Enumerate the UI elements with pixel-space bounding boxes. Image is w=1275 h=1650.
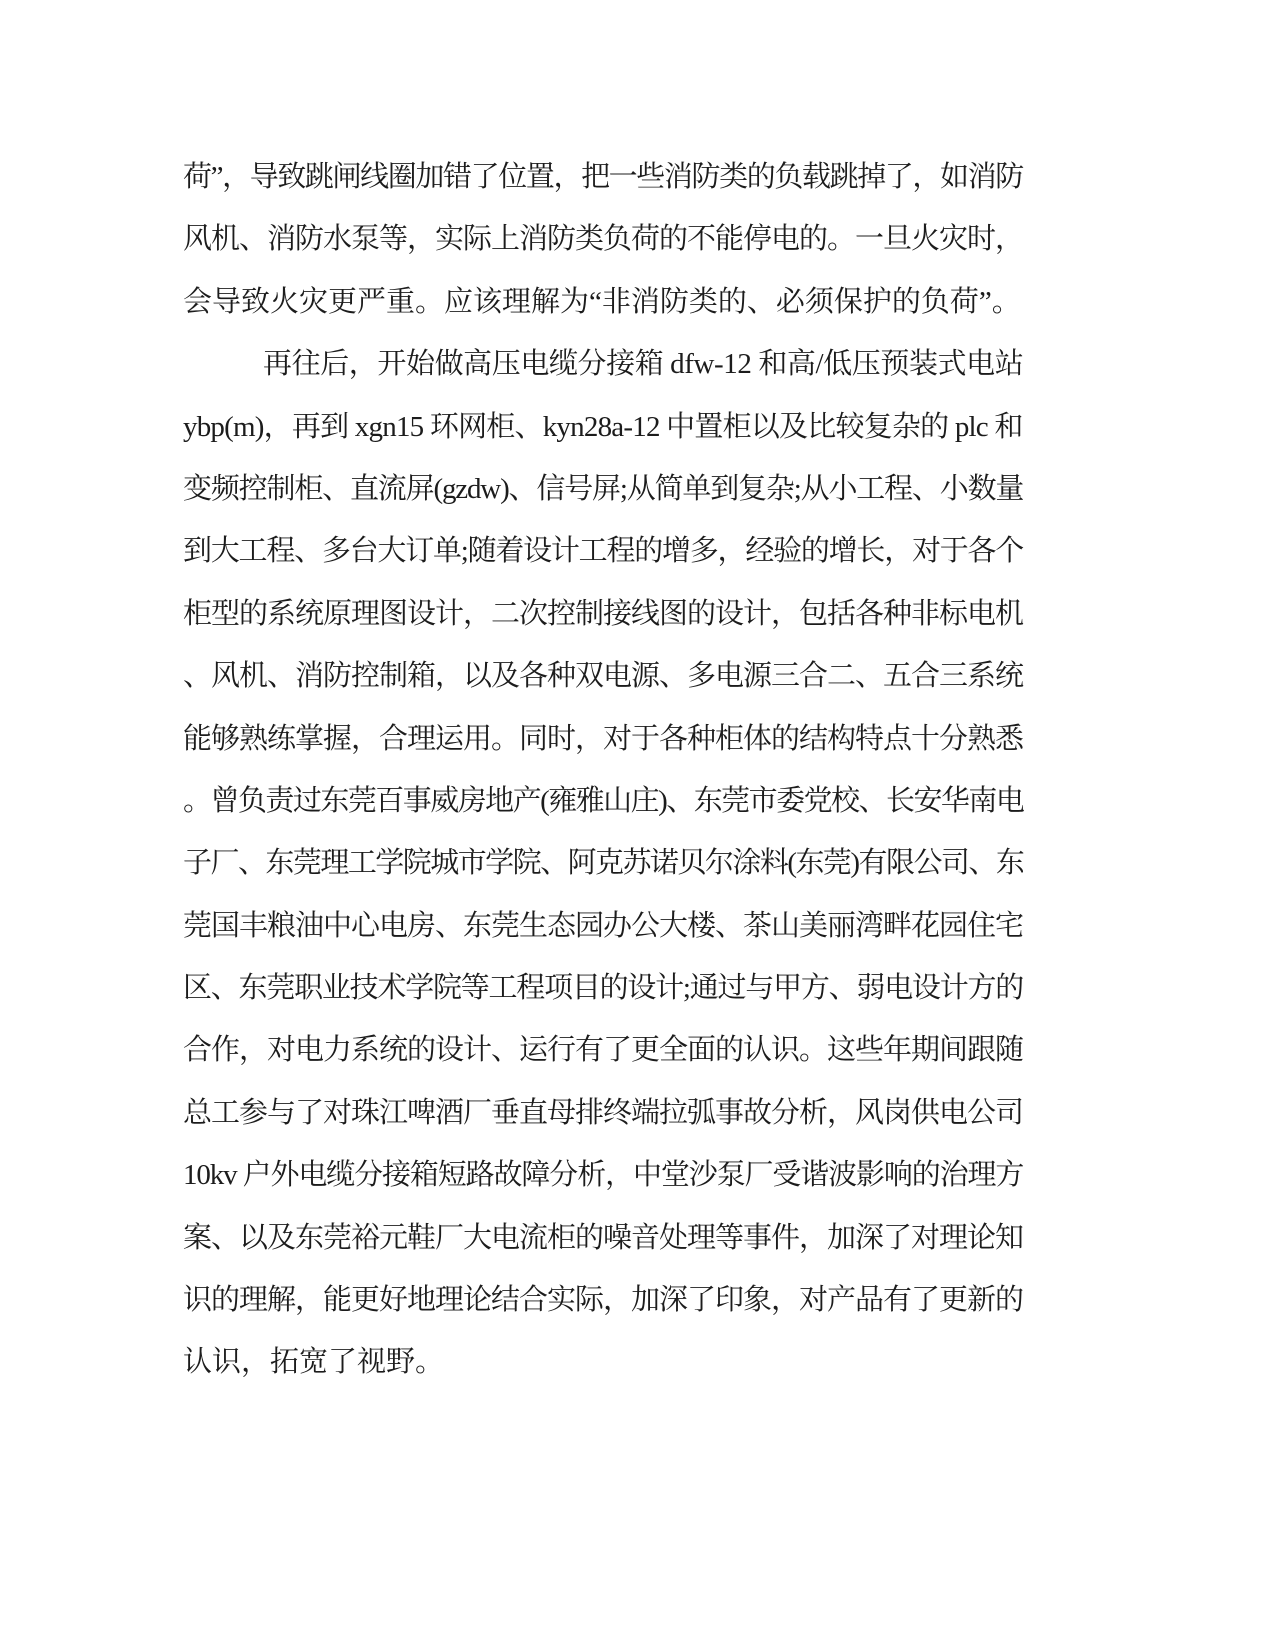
text-line: 合作，对电力系统的设计、运行有了更全面的认识。这些年期间跟随 — [183, 1019, 1023, 1081]
text-line: 识的理解，能更好地理论结合实际，加深了印象，对产品有了更新的 — [183, 1269, 1023, 1331]
text-line: 10kv 户外电缆分接箱短路故障分析，中堂沙泵厂受谐波影响的治理方 — [183, 1144, 1023, 1206]
text-line: 区、东莞职业技术学院等工程项目的设计;通过与甲方、弱电设计方的 — [183, 957, 1023, 1019]
text-line: 变频控制柜、直流屏(gzdw)、信号屏;从简单到复杂;从小工程、小数量 — [183, 458, 1023, 520]
text-line: 。曾负责过东莞百事威房地产(雍雅山庄)、东莞市委党校、长安华南电 — [183, 770, 1023, 832]
text-line: ybp(m)，再到 xgn15 环网柜、kyn28a-12 中置柜以及比较复杂的… — [183, 396, 1023, 458]
text-line: 能够熟练掌握，合理运用。同时，对于各种柜体的结构特点十分熟悉 — [183, 708, 1023, 770]
text-line: 会导致火灾更严重。应该理解为“非消防类的、必须保护的负荷”。 — [183, 271, 1023, 333]
text-block: 荷”，导致跳闸线圈加错了位置，把一些消防类的负载跳掉了，如消防 风机、消防水泵等… — [183, 146, 1023, 1394]
paragraph: 荷”，导致跳闸线圈加错了位置，把一些消防类的负载跳掉了，如消防 风机、消防水泵等… — [183, 146, 1023, 333]
text-line: 总工参与了对珠江啤酒厂垂直母排终端拉弧事故分析，风岗供电公司 — [183, 1082, 1023, 1144]
text-line: 、风机、消防控制箱，以及各种双电源、多电源三合二、五合三系统 — [183, 645, 1023, 707]
text-line: 柜型的系统原理图设计，二次控制接线图的设计，包括各种非标电机 — [183, 583, 1023, 645]
text-line: 到大工程、多台大订单;随着设计工程的增多，经验的增长，对于各个 — [183, 520, 1023, 582]
paragraph: 再往后，开始做高压电缆分接箱 dfw-12 和高/低压预装式电站 ybp(m)，… — [183, 333, 1023, 1394]
text-line: 再往后，开始做高压电缆分接箱 dfw-12 和高/低压预装式电站 — [183, 333, 1023, 395]
text-line: 莞国丰粮油中心电房、东莞生态园办公大楼、茶山美丽湾畔花园住宅 — [183, 895, 1023, 957]
text-line: 风机、消防水泵等，实际上消防类负荷的不能停电的。一旦火灾时， — [183, 208, 1023, 270]
text-line: 案、以及东莞裕元鞋厂大电流柜的噪音处理等事件，加深了对理论知 — [183, 1207, 1023, 1269]
text-line: 荷”，导致跳闸线圈加错了位置，把一些消防类的负载跳掉了，如消防 — [183, 146, 1023, 208]
text-line: 子厂、东莞理工学院城市学院、阿克苏诺贝尔涂料(东莞)有限公司、东 — [183, 832, 1023, 894]
text-line: 认识，拓宽了视野。 — [183, 1331, 1023, 1393]
document-page: 荷”，导致跳闸线圈加错了位置，把一些消防类的负载跳掉了，如消防 风机、消防水泵等… — [0, 0, 1275, 1650]
